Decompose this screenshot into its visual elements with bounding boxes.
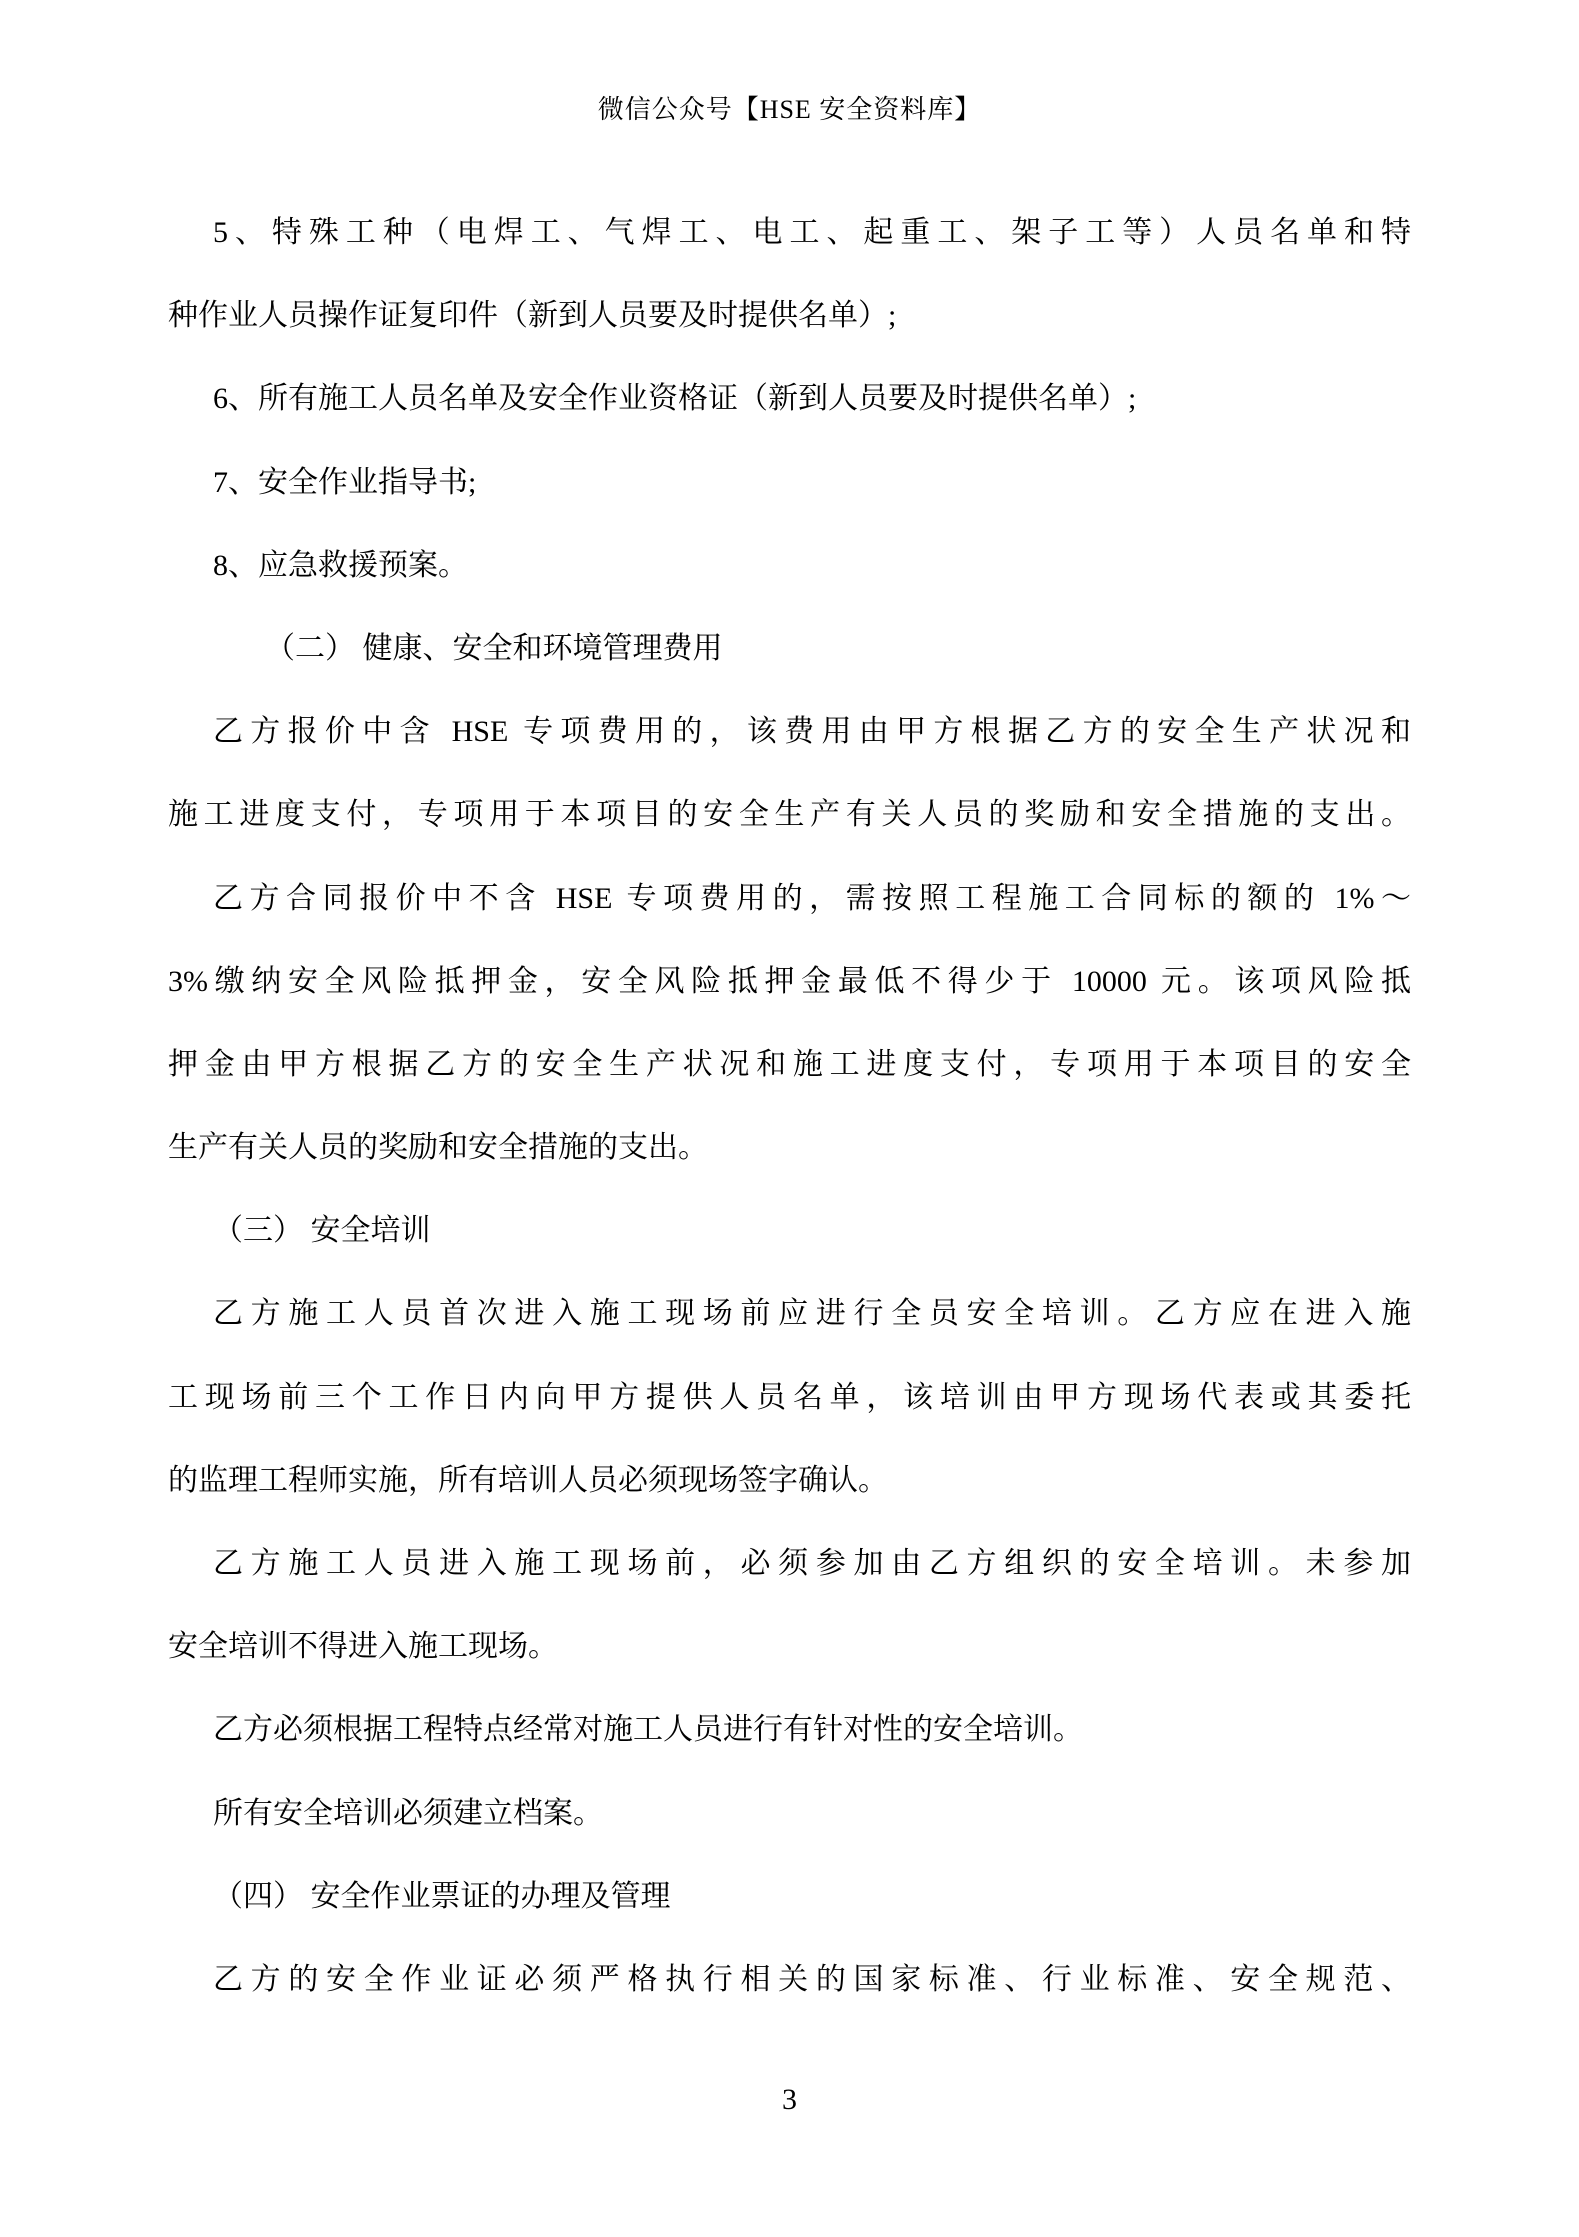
text-line: 安全培训不得进入施工现场。 xyxy=(168,1605,1411,1688)
text-line: 7、安全作业指导书; xyxy=(168,441,1411,524)
page-number: 3 xyxy=(168,2078,1411,2122)
text-line: 乙方施工人员进入施工现场前，必须参加由乙方组织的安全培训。未参加 xyxy=(168,1522,1411,1605)
text-line: 3%缴纳安全风险抵押金，安全风险抵押金最低不得少于 10000 元。该项风险抵 xyxy=(168,940,1411,1023)
text-line: 乙方报价中含 HSE 专项费用的，该费用由甲方根据乙方的安全生产状况和 xyxy=(168,690,1411,773)
text-line: 工现场前三个工作日内向甲方提供人员名单，该培训由甲方现场代表或其委托 xyxy=(168,1356,1411,1439)
text-line: （四） 安全作业票证的办理及管理 xyxy=(168,1855,1411,1938)
text-line: 乙方施工人员首次进入施工现场前应进行全员安全培训。乙方应在进入施 xyxy=(168,1272,1411,1355)
text-line: 押金由甲方根据乙方的安全生产状况和施工进度支付，专项用于本项目的安全 xyxy=(168,1023,1411,1106)
text-line: 种作业人员操作证复印件（新到人员要及时提供名单）; xyxy=(168,274,1411,357)
text-line: 乙方的安全作业证必须严格执行相关的国家标准、行业标准、安全规范、 xyxy=(168,1938,1411,2021)
text-line: 6、所有施工人员名单及安全作业资格证（新到人员要及时提供名单）; xyxy=(168,357,1411,440)
text-line: （二） 健康、安全和环境管理费用 xyxy=(168,607,1411,690)
text-line: 施工进度支付，专项用于本项目的安全生产有关人员的奖励和安全措施的支出。 xyxy=(168,773,1411,856)
text-line: 所有安全培训必须建立档案。 xyxy=(168,1772,1411,1855)
text-line: 乙方必须根据工程特点经常对施工人员进行有针对性的安全培训。 xyxy=(168,1688,1411,1771)
text-line: 生产有关人员的奖励和安全措施的支出。 xyxy=(168,1106,1411,1189)
text-line: 乙方合同报价中不含 HSE 专项费用的，需按照工程施工合同标的额的 1%～ xyxy=(168,857,1411,940)
text-line: 的监理工程师实施，所有培训人员必须现场签字确认。 xyxy=(168,1439,1411,1522)
text-line: 5、特殊工种（电焊工、气焊工、电工、起重工、架子工等）人员名单和特 xyxy=(168,191,1411,274)
text-line: （三） 安全培训 xyxy=(168,1189,1411,1272)
text-line: 8、应急救援预案。 xyxy=(168,524,1411,607)
page-header: 微信公众号【HSE 安全资料库】 xyxy=(168,90,1411,130)
document-page: 微信公众号【HSE 安全资料库】 5、特殊工种（电焊工、气焊工、电工、起重工、架… xyxy=(0,0,1579,2237)
document-body: 5、特殊工种（电焊工、气焊工、电工、起重工、架子工等）人员名单和特种作业人员操作… xyxy=(168,191,1411,2021)
